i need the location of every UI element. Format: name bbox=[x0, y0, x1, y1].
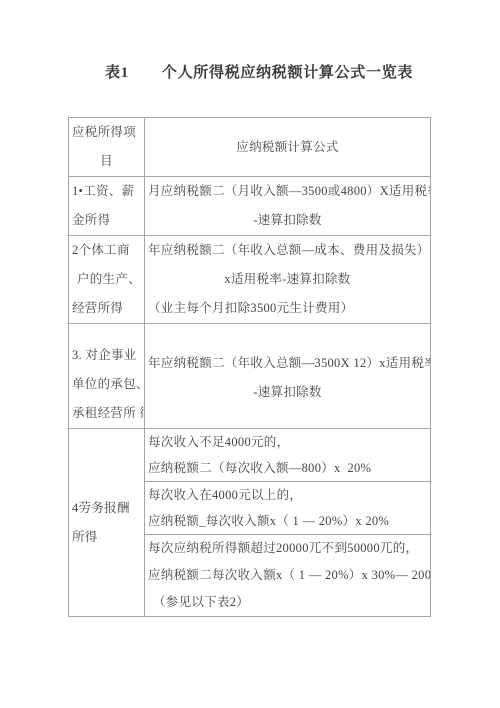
table-row-wages: 1•工资、薪 金所得 月应纳税额二（月收入额—3500或4800）X适用税率 -… bbox=[69, 177, 431, 236]
formula-line: 每次应纳税所得额超过20000兀不到50000兀的， bbox=[145, 535, 430, 562]
label-line: 金所得 bbox=[69, 206, 144, 235]
formula-line: （参见以下表2） bbox=[145, 589, 430, 616]
label-line: 所得 bbox=[69, 523, 144, 552]
title-table-number: 表1 bbox=[105, 65, 129, 81]
formula-line: 应纳税额二每次收入额x（ 1 — 20%）x 30%— 2000 bbox=[145, 562, 430, 589]
label-line: 户的生产、 bbox=[69, 265, 144, 294]
formula-cell-contracting: 年应纳税额二（年收入总额—3500X 12）x适用税率 -速算扣除数 bbox=[145, 324, 431, 429]
formula-line: 年应纳税额二（年收入总额—3500X 12）x适用税率 bbox=[145, 349, 430, 378]
formula-line: 应纳税额_每次收入额x（ 1 — 20%）x 20% bbox=[145, 508, 430, 534]
label-line: 3. 对企事业 bbox=[69, 341, 144, 370]
label-line: 1•工资、薪 bbox=[69, 177, 144, 206]
formula-line: 每次收入在4000元以上的， bbox=[145, 482, 430, 508]
formula-line: 年应纳税额二（年收入总额—成本、费用及损失） bbox=[145, 236, 430, 265]
tax-formula-table: 应税所得项 目 应纳税额计算公式 1•工资、薪 金所得 月应纳税额二（月收入额—… bbox=[68, 117, 431, 617]
formula-line: 应纳税额二（每次收入额—800）x 20% bbox=[145, 455, 430, 481]
label-cell-labor-remuneration: 4劳务报酬 所得 bbox=[69, 429, 145, 617]
label-cell-contracting: 3. 对企事业 单位的承包、 承租经营所 得 bbox=[69, 324, 145, 429]
table-row-individual-business: 2个体工商 户的生产、 经营所得 年应纳税额二（年收入总额—成本、费用及损失） … bbox=[69, 236, 431, 324]
formula-line: 每次收入不足4000元的， bbox=[145, 429, 430, 455]
label-line: 承租经营所 得 bbox=[69, 399, 144, 428]
table-row-labor-remuneration-sub1: 4劳务报酬 所得 每次收入不足4000元的， 应纳税额二（每次收入额—800）x… bbox=[69, 429, 431, 482]
header-cell-formula: 应纳税额计算公式 bbox=[145, 118, 431, 177]
label-line: 单位的承包、 bbox=[69, 370, 144, 399]
document-title: 表1个人所得税应纳税额计算公式一览表 bbox=[105, 61, 413, 82]
formula-cell-labor-sub1: 每次收入不足4000元的， 应纳税额二（每次收入额—800）x 20% bbox=[145, 429, 431, 482]
formula-cell-labor-sub2: 每次收入在4000元以上的， 应纳税额_每次收入额x（ 1 — 20%）x 20… bbox=[145, 482, 431, 535]
formula-line: （业主每个月扣除3500元生计费用） bbox=[145, 294, 430, 323]
formula-cell-labor-sub3: 每次应纳税所得额超过20000兀不到50000兀的， 应纳税额二每次收入额x（ … bbox=[145, 535, 431, 617]
label-cell-wages: 1•工资、薪 金所得 bbox=[69, 177, 145, 236]
label-line: 4劳务报酬 bbox=[69, 494, 144, 523]
formula-cell-individual-business: 年应纳税额二（年收入总额—成本、费用及损失） x适用税率-速算扣除数 （业主每个… bbox=[145, 236, 431, 324]
header-income-item-line1: 应税所得项 bbox=[69, 118, 144, 147]
title-text: 个人所得税应纳税额计算公式一览表 bbox=[162, 65, 413, 81]
label-cell-individual-business: 2个体工商 户的生产、 经营所得 bbox=[69, 236, 145, 324]
header-cell-income-item: 应税所得项 目 bbox=[69, 118, 145, 177]
formula-cell-wages: 月应纳税额二（月收入额—3500或4800）X适用税率 -速算扣除数 bbox=[145, 177, 431, 236]
table-header-row: 应税所得项 目 应纳税额计算公式 bbox=[69, 118, 431, 177]
header-formula-text: 应纳税额计算公式 bbox=[145, 133, 430, 162]
formula-line: -速算扣除数 bbox=[145, 206, 430, 235]
label-line: 经营所得 bbox=[69, 294, 144, 323]
header-income-item-line2: 目 bbox=[69, 147, 144, 176]
formula-line: -速算扣除数 bbox=[145, 378, 430, 407]
table-row-contracting: 3. 对企事业 单位的承包、 承租经营所 得 年应纳税额二（年收入总额—3500… bbox=[69, 324, 431, 429]
label-line: 2个体工商 bbox=[69, 236, 144, 265]
document-page: 表1个人所得税应纳税额计算公式一览表 应税所得项 目 应纳税额计算公式 1•工资… bbox=[0, 0, 500, 708]
formula-line: 月应纳税额二（月收入额—3500或4800）X适用税率 bbox=[145, 177, 430, 206]
formula-line: x适用税率-速算扣除数 bbox=[145, 265, 430, 294]
